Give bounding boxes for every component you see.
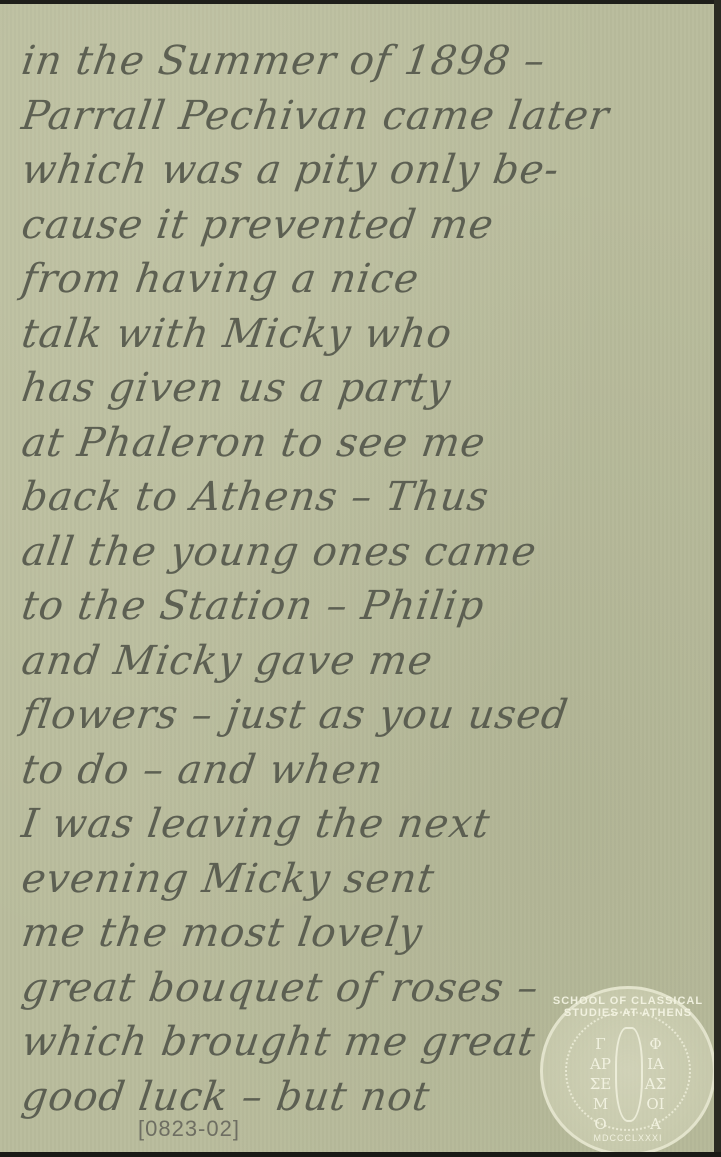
text-line: Parrall Pechivan came later xyxy=(18,89,714,144)
text-line: me the most lovely xyxy=(18,906,714,961)
text-line: to do – and when xyxy=(18,743,714,798)
text-line: flowers – just as you used xyxy=(18,688,714,743)
seal-letter: ΙΑ xyxy=(628,1054,683,1074)
seal-letter: ΑΣ xyxy=(628,1074,683,1094)
seal-letter: Γ xyxy=(573,1034,628,1054)
seal-ring-text: SCHOOL OF CLASSICAL STUDIES AT ATHENS xyxy=(543,995,713,1019)
seal-greek-letters: Γ Φ ΑΡ ΙΑ ΣΕ ΑΣ Μ ΟΙ Ο Α xyxy=(573,1034,683,1134)
seal-year: MDCCCLXXXI xyxy=(543,1133,713,1143)
text-line: cause it prevented me xyxy=(18,198,714,253)
seal-letter: ΟΙ xyxy=(628,1094,683,1114)
text-line: has given us a party xyxy=(18,361,714,416)
text-line: from having a nice xyxy=(18,252,714,307)
handwritten-text: in the Summer of 1898 – Parrall Pechivan… xyxy=(22,34,712,1124)
seal-letter: ΣΕ xyxy=(573,1074,628,1094)
scan-border-right xyxy=(714,0,721,1157)
text-line: evening Micky sent xyxy=(18,852,714,907)
text-line: and Micky gave me xyxy=(18,634,714,689)
seal-letter: Ο xyxy=(573,1114,628,1134)
seal-letter: Φ xyxy=(628,1034,683,1054)
text-line: talk with Micky who xyxy=(18,307,714,362)
text-line: in the Summer of 1898 – xyxy=(18,34,714,89)
archive-number: [0823-02] xyxy=(138,1116,240,1142)
text-line: which was a pity only be- xyxy=(18,143,714,198)
letter-page: in the Summer of 1898 – Parrall Pechivan… xyxy=(0,4,714,1153)
seal-letter: ΑΡ xyxy=(573,1054,628,1074)
institution-seal-stamp: SCHOOL OF CLASSICAL STUDIES AT ATHENS Γ … xyxy=(540,986,714,1153)
scan-border-bottom xyxy=(0,1152,721,1157)
seal-letter: Μ xyxy=(573,1094,628,1114)
text-line: to the Station – Philip xyxy=(18,579,714,634)
seal-letter: Α xyxy=(628,1114,683,1134)
text-line: at Phaleron to see me xyxy=(18,416,714,471)
text-line: I was leaving the next xyxy=(18,797,714,852)
text-line: back to Athens – Thus xyxy=(18,470,714,525)
text-line: all the young ones came xyxy=(18,525,714,580)
